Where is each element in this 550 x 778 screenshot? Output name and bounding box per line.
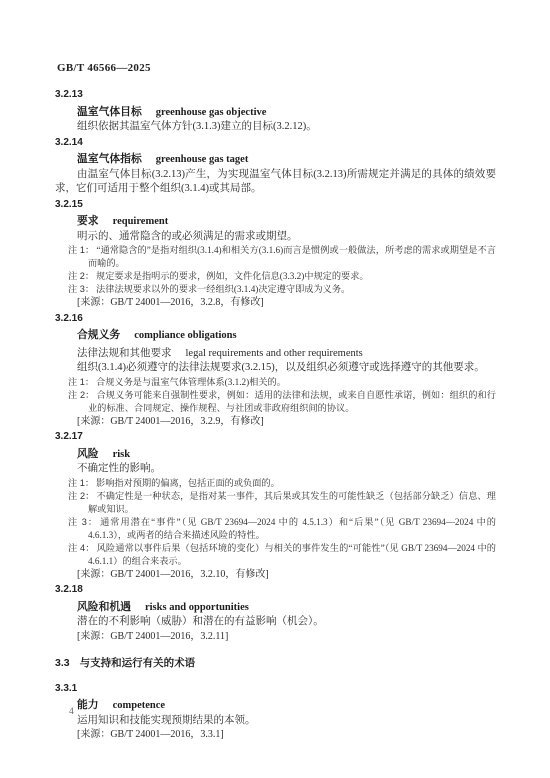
note-label: 注 3： bbox=[68, 284, 94, 294]
note-label: 注 1： bbox=[68, 478, 94, 488]
definition-paragraph: 潜在的不利影响（威胁）和潜在的有益影响（机会）。 bbox=[55, 615, 496, 630]
term-chinese: 要求 bbox=[77, 215, 99, 227]
note-label: 注 1： bbox=[68, 377, 94, 387]
definition-paragraph: 由温室气体目标(3.2.13)产生，为实现温室气体目标(3.2.13)所需规定并… bbox=[55, 168, 496, 197]
definition-paragraph: 运用知识和技能实现预期结果的本领。 bbox=[55, 714, 496, 729]
note-line: 注 2：规定要求是指明示的要求，例如，文件化信息(3.3.2)中规定的要求。 bbox=[55, 270, 496, 283]
clause-number: 3.2.16 bbox=[55, 311, 496, 327]
note-label: 注 2： bbox=[68, 271, 94, 281]
source-line: [来源：GB/T 24001—2016，3.3.1] bbox=[55, 728, 496, 743]
term-line: 要求requirement bbox=[55, 212, 496, 230]
term-chinese: 温室气体指标 bbox=[77, 153, 142, 165]
heading-number: 3.3 bbox=[55, 657, 70, 669]
term-chinese: 合规义务 bbox=[77, 329, 120, 341]
source-line: [来源：GB/T 24001—2016，3.2.9，有修改] bbox=[55, 415, 496, 430]
clause-number: 3.2.13 bbox=[55, 87, 496, 103]
term-chinese: 风险 bbox=[77, 448, 99, 460]
alt-term-line: 法律法规和其他要求legal requirements and other re… bbox=[55, 344, 496, 362]
document-page: GB/T 46566—2025 3.2.13温室气体目标greenhouse g… bbox=[0, 0, 550, 778]
note-label: 注 3： bbox=[68, 517, 98, 527]
term-chinese: 风险和机遇 bbox=[77, 601, 131, 613]
clause-number: 3.2.18 bbox=[55, 582, 496, 598]
note-label: 注 2： bbox=[68, 390, 94, 400]
note-label: 注 1： bbox=[68, 245, 94, 255]
term-english: requirement bbox=[113, 216, 169, 227]
note-line: 注 2：合规义务可能来自强制性要求，例如：适用的法律和法规，或来自自愿性承诺，例… bbox=[55, 389, 496, 415]
note-line: 注 4：风险通常以事件后果（包括环境的变化）与相关的事件发生的“可能性”（见 G… bbox=[55, 542, 496, 568]
definition-paragraph: 不确定性的影响。 bbox=[55, 462, 496, 477]
source-line: [来源：GB/T 24001—2016，3.2.10，有修改] bbox=[55, 568, 496, 583]
note-line: 注 1：影响指对预期的偏离，包括正面的或负面的。 bbox=[55, 477, 496, 490]
note-label: 注 4： bbox=[68, 543, 95, 553]
term-english: greenhouse gas objective bbox=[156, 107, 267, 118]
term-chinese: 能力 bbox=[77, 699, 99, 711]
term-line: 合规义务compliance obligations bbox=[55, 326, 496, 344]
note-line: 注 2：不确定性是一种状态，是指对某一事件，其后果或其发生的可能性缺乏（包括部分… bbox=[55, 490, 496, 516]
source-line: [来源：GB/T 24001—2016，3.2.8，有修改] bbox=[55, 296, 496, 311]
note-line: 注 3：法律法规要求以外的要求一经组织(3.1.4)决定遵守即成为义务。 bbox=[55, 283, 496, 296]
term-english: legal requirements and other requirement… bbox=[186, 348, 363, 359]
note-line: 注 1：“通常隐含的”是指对组织(3.1.4)和相关方(3.1.6)而言是惯例或… bbox=[55, 244, 496, 270]
note-label: 注 2： bbox=[68, 491, 94, 501]
definition-paragraph: 明示的、通常隐含的或必须满足的需求或期望。 bbox=[55, 230, 496, 245]
term-line: 风险risk bbox=[55, 445, 496, 463]
term-english: compliance obligations bbox=[134, 330, 236, 341]
standard-number-header: GB/T 46566—2025 bbox=[57, 62, 151, 74]
term-line: 温室气体指标greenhouse gas taget bbox=[55, 150, 496, 168]
term-english: greenhouse gas taget bbox=[156, 154, 249, 165]
term-chinese: 温室气体目标 bbox=[77, 106, 142, 118]
clause-number: 3.2.17 bbox=[55, 429, 496, 445]
section-heading: 3.3与支持和运行有关的术语 bbox=[55, 656, 496, 671]
page-number: 4 bbox=[69, 707, 74, 717]
term-english: competence bbox=[113, 700, 165, 711]
definition-paragraph: 组织依据其温室气体方针(3.1.3)建立的目标(3.2.12)。 bbox=[55, 120, 496, 135]
term-line: 能力competence bbox=[55, 696, 496, 714]
note-line: 注 3：通常用潜在“事件”（见 GB/T 23694—2024 中的 4.5.1… bbox=[55, 516, 496, 542]
clause-number: 3.2.15 bbox=[55, 197, 496, 213]
note-line: 注 1：合规义务是与温室气体管理体系(3.1.2)相关的。 bbox=[55, 376, 496, 389]
term-chinese: 法律法规和其他要求 bbox=[77, 348, 172, 359]
term-english: risk bbox=[113, 449, 131, 460]
term-line: 风险和机遇risks and opportunities bbox=[55, 598, 496, 616]
source-line: [来源：GB/T 24001—2016，3.2.11] bbox=[55, 630, 496, 645]
definition-paragraph: 组织(3.1.4)必须遵守的法律法规要求(3.2.15)，以及组织必须遵守或选择… bbox=[55, 361, 496, 376]
term-line: 温室气体目标greenhouse gas objective bbox=[55, 103, 496, 121]
term-english: risks and opportunities bbox=[145, 602, 249, 613]
document-content: 3.2.13温室气体目标greenhouse gas objective组织依据… bbox=[55, 87, 496, 743]
clause-number: 3.2.14 bbox=[55, 135, 496, 151]
clause-number: 3.3.1 bbox=[55, 681, 496, 697]
